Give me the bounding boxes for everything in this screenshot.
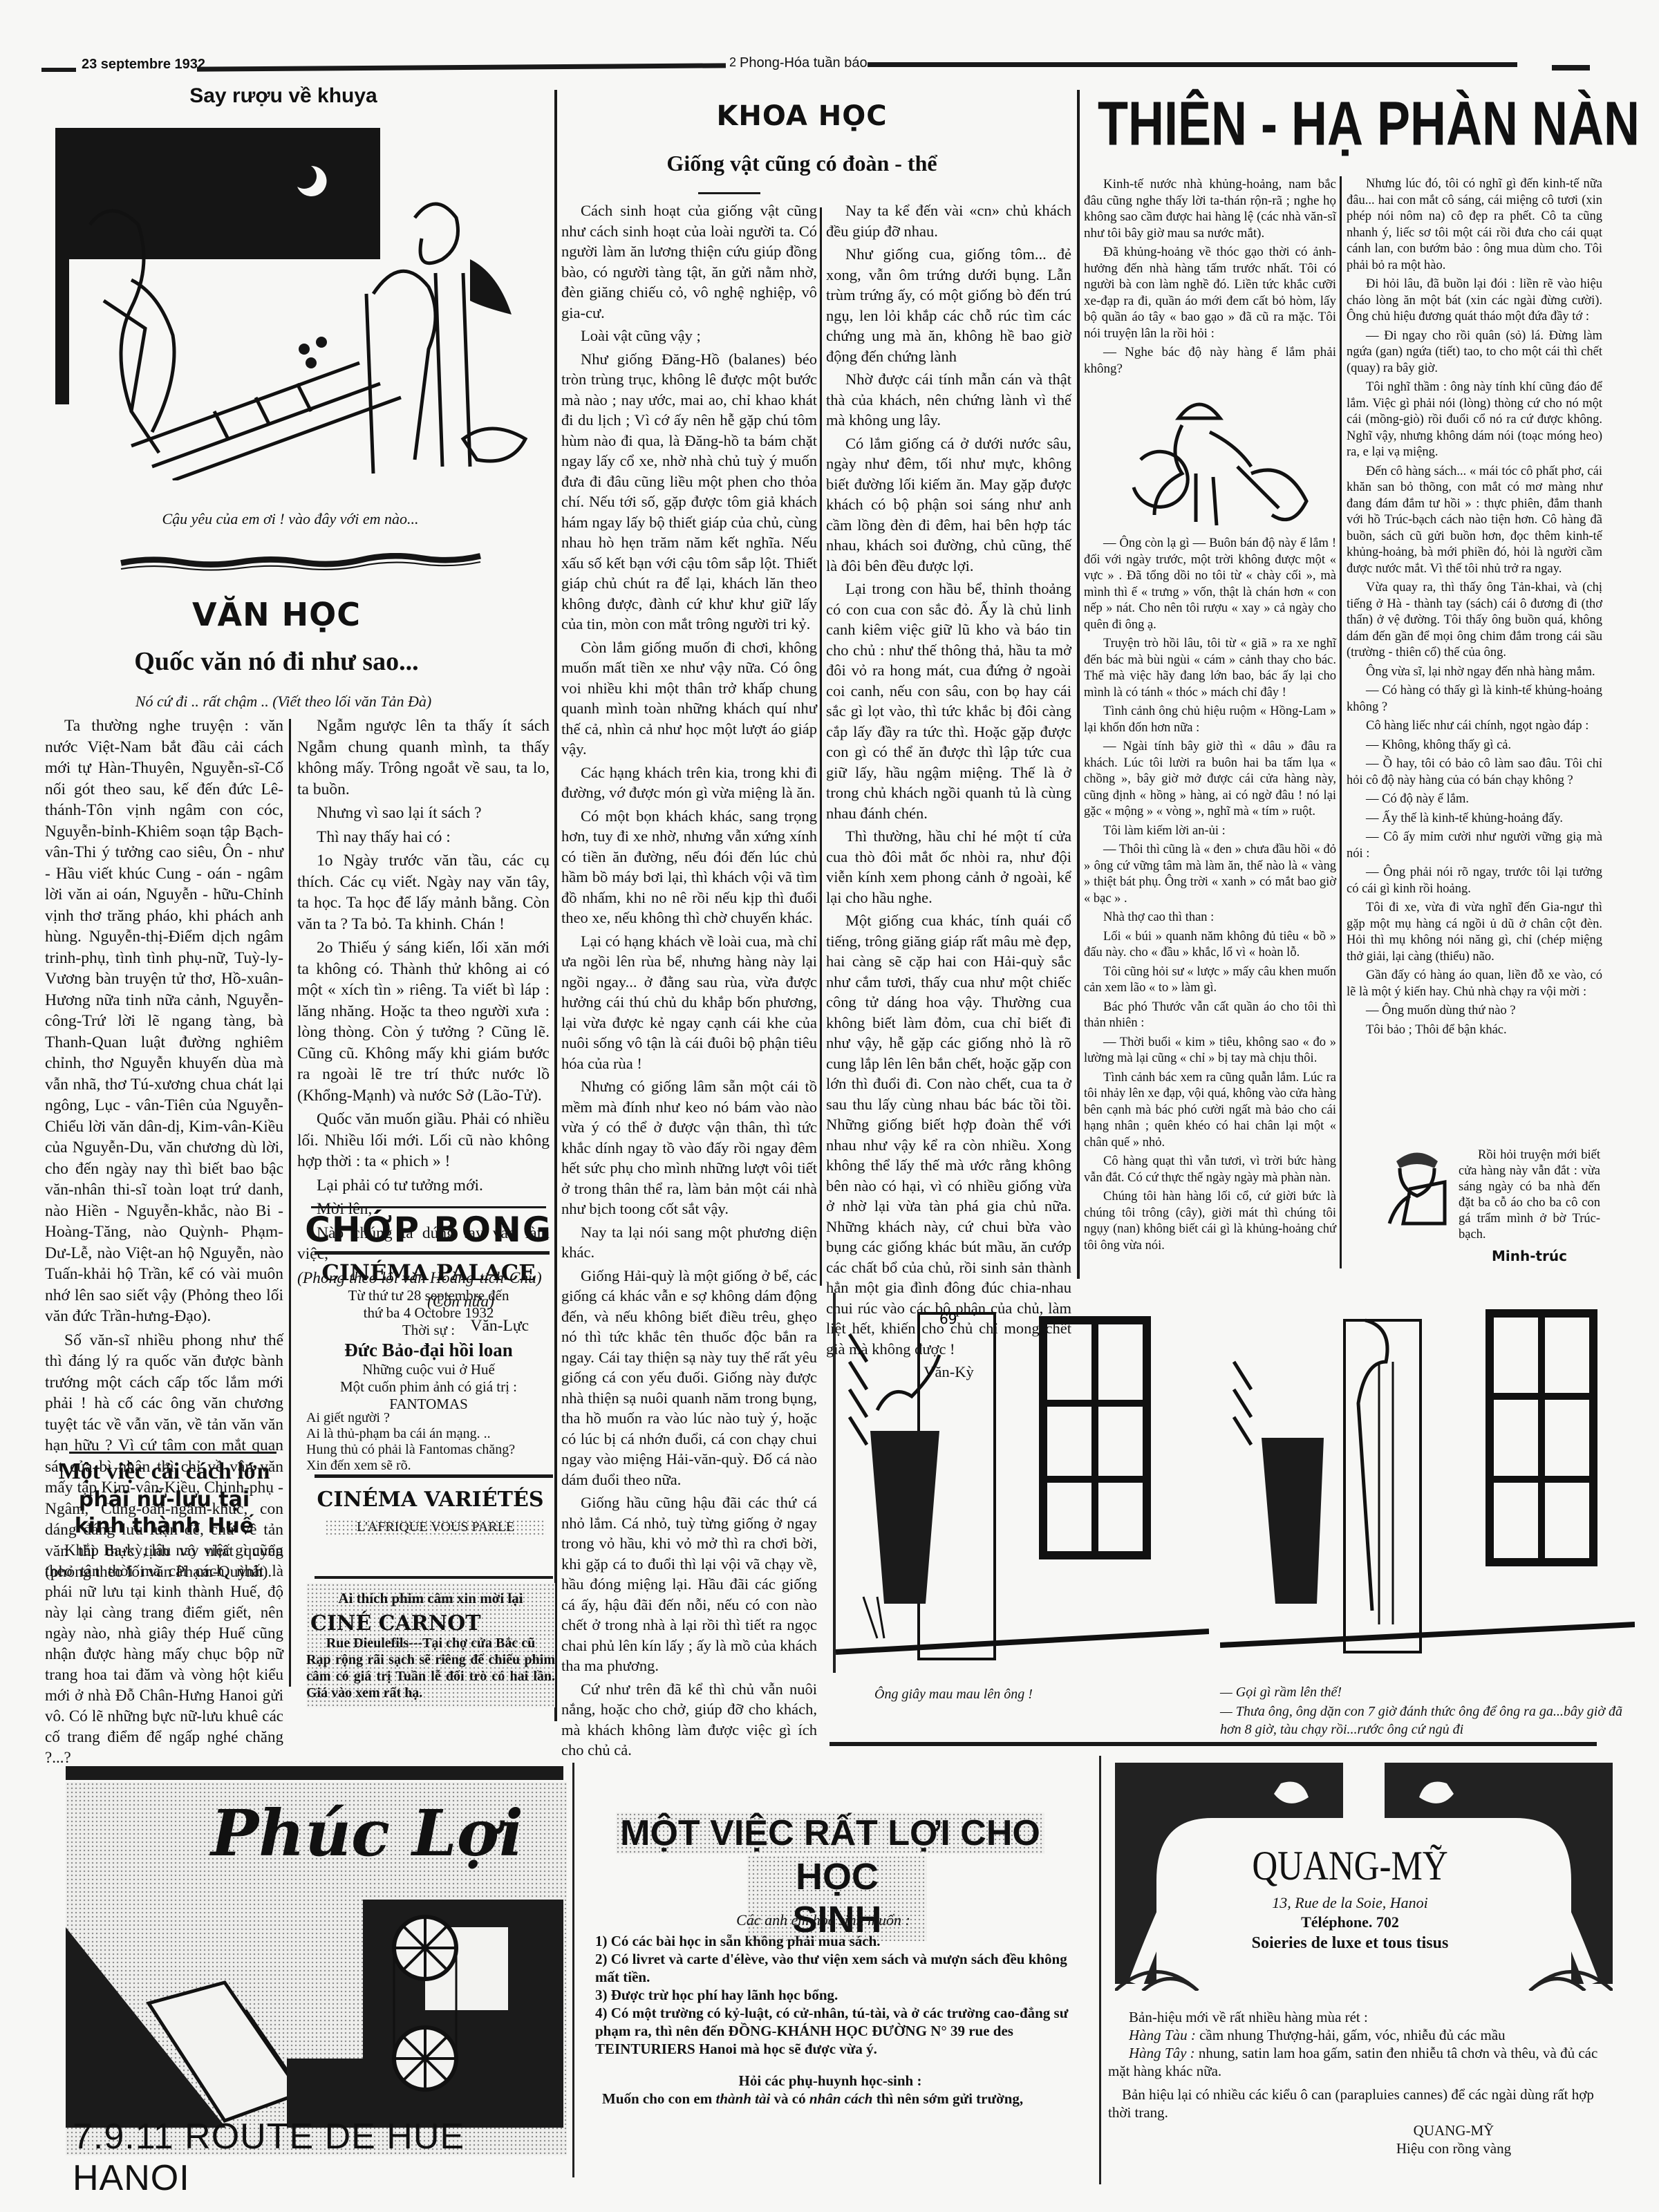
- label: Hàng Tây :: [1129, 2045, 1195, 2061]
- cartoon-caption-left: Ông giây mau mau lên ông !: [874, 1687, 1033, 1703]
- paragraph: — Ồ hay, tôi có bảo cô làm sao đâu. Tôi …: [1347, 756, 1602, 789]
- paragraph: — Không, không thấy gì cả.: [1347, 738, 1602, 754]
- hoc-sinh-intro: Các anh em học sinh muốn :: [574, 1911, 1072, 1929]
- paragraph: Đi hỏi lâu, đã buồn lại đói : liền rẽ và…: [1347, 276, 1602, 326]
- paragraph: Nhờ được cái tính mẫn cán và thật thà củ…: [826, 369, 1071, 431]
- masthead-date: 23 septembre 1932: [82, 57, 205, 73]
- list-item: 2) Có livret và carte d'élève, vào thư v…: [595, 1950, 1079, 1986]
- text: thành tài: [716, 2090, 771, 2107]
- hoc-sinh-list: 1) Có các bài học in sẵn không phải mua …: [595, 1932, 1079, 2058]
- paragraph: Tôi bảo ; Thôi để bận khác.: [1347, 1022, 1602, 1039]
- paragraph: — Thời buổi « kim » tiêu, không sao « đo…: [1084, 1035, 1336, 1067]
- quang-my-tagline: Soieries de luxe et tous tisus: [1184, 1934, 1516, 1953]
- column-divider-thien-ha: [1340, 176, 1342, 1268]
- text: và có: [774, 2090, 806, 2107]
- paragraph: Đã khủng-hoảng về thóc gạo thời có ảnh-h…: [1084, 244, 1336, 341]
- paragraph: Cô hàng liếc như cái chính, ngọt ngào đá…: [1347, 718, 1602, 735]
- cyclist-cartoon: [1113, 391, 1313, 529]
- text: thì nên sớm gửi trường,: [877, 2090, 1023, 2107]
- paragraph: Một giống cua khác, tính quái cổ tiếng, …: [826, 910, 1071, 1359]
- paragraph: Kinh-tế nước nhà khủng-hoảng, nam bắc đâ…: [1084, 176, 1336, 241]
- signature-sub: Hiệu con rồng vàng: [1371, 2139, 1537, 2157]
- value: cầm nhung Thượng-hải, gấm, vóc, nhiễu đủ…: [1199, 2027, 1506, 2043]
- quang-my-address: 13, Rue de la Soie, Hanoi: [1205, 1894, 1495, 1912]
- thien-ha-column-1: Kinh-tế nước nhà khủng-hoảng, nam bắc đâ…: [1084, 176, 1336, 379]
- teaser-line: Ai là thủ-phạm ba cái án mạng. ..: [306, 1426, 555, 1442]
- khoa-hoc-column-2: Nay ta kể đến vài «cn» chủ khách đều giú…: [826, 200, 1071, 1385]
- paragraph: Cô hàng quạt thì vẫn tươi, vì trời bức h…: [1084, 1154, 1336, 1186]
- film-intro: Một cuốn phim ảnh có giá trị :: [304, 1378, 553, 1396]
- paragraph: — Có độ này ế lắm.: [1347, 791, 1602, 808]
- masthead-rule-right: [868, 62, 1517, 67]
- thien-ha-column-2: Nhưng lúc đó, tôi có nghĩ gì đến kinh-tế…: [1347, 176, 1602, 1041]
- hang-tay: Hàng Tây : nhung, satin lam hoa gấm, sat…: [1108, 2044, 1620, 2080]
- quang-my-phone: Téléphone. 702: [1205, 1913, 1495, 1931]
- paragraph: Cách sinh hoạt của giống vật cũng như cá…: [561, 200, 817, 323]
- paragraph: Lại phải có tư tưởng mới.: [297, 1175, 550, 1197]
- thien-ha-section-title: THIÊN - HẠ PHÀN NÀN: [1085, 88, 1652, 160]
- phuc-loi-address: 7.9.11 ROUTE DE HUE HANOI: [73, 2116, 567, 2199]
- paragraph: — Ông muốn dùng thứ nào ?: [1347, 1003, 1602, 1020]
- paragraph: Nhưng có giống lâm sẵn một cái tồ mềm mà…: [561, 1076, 817, 1219]
- column-divider-1: [554, 90, 557, 1721]
- paragraph: Tôi làm kiếm lời an-ủi :: [1084, 823, 1336, 840]
- paragraph: Đến cô hàng sách... « mái tóc cô phất ph…: [1347, 464, 1602, 578]
- cyclist-drawing-icon: [1113, 391, 1313, 529]
- drunk-man-drawing-icon: [48, 121, 546, 480]
- masthead-rule-right-stub: [1552, 65, 1590, 71]
- paragraph: Rồi hỏi truyện mới biết cửa hàng này vẫn…: [1459, 1147, 1600, 1243]
- text: Muốn cho con em: [602, 2090, 712, 2107]
- divider: [69, 1452, 276, 1454]
- cai-cach-title-line-1: Một việc cải cách lớn: [45, 1459, 283, 1485]
- hoc-sinh-title-line-1: MỘT VIỆC RẤT LỢI CHO: [616, 1812, 1044, 1854]
- paragraph: Ta thường nghe truyện : văn nước Việt-Na…: [45, 715, 283, 1327]
- paragraph: — Thôi thì cũng là « đen » chưa đầu hồi …: [1084, 842, 1336, 907]
- phuc-loi-brand: Phúc Lợi: [211, 1796, 523, 1871]
- cartoon-drunk-illustration: [48, 121, 546, 480]
- cinema-palace-teaser: Ai giết người ? Ai là thủ-phạm ba cái án…: [306, 1410, 555, 1474]
- sewing-machine-drawing-icon: [66, 1900, 567, 2128]
- van-hoc-article-title: Quốc văn nó đi như sao...: [83, 646, 470, 677]
- cinema-varietes-name: CINÉMA VARIÉTÉS: [304, 1488, 556, 1512]
- column-divider-3: [289, 719, 291, 1687]
- cai-cach-title-line-2: phái nữ-lưu tại: [45, 1488, 283, 1512]
- woman-fan-drawing-icon: [1382, 1147, 1452, 1230]
- paragraph: Có lắm giống cá ở dưới nước sâu, ngày nh…: [826, 433, 1071, 577]
- cai-cach-title-line-3: kinh thành Huế: [45, 1514, 283, 1538]
- teaser-line: Ai giết người ?: [306, 1410, 555, 1426]
- paragraph: Tôi nghĩ thầm : ông này tính khí cũng đá…: [1347, 379, 1602, 461]
- khoa-hoc-column-1: Cách sinh hoạt của giống vật cũng như cá…: [561, 200, 817, 1763]
- divider: [698, 192, 760, 194]
- masthead-page-number: 2: [729, 55, 736, 70]
- divider: [829, 1742, 1597, 1746]
- man-in-pyjamas-drawing-icon: [1220, 1293, 1635, 1673]
- wave-pattern-icon: [1115, 1960, 1613, 1991]
- masthead-rule-left-stub: [41, 68, 76, 72]
- paragraph: Tôi cũng hỏi sư « lược » mấy câu khen mu…: [1084, 964, 1336, 997]
- cartoon-caption-right-1: — Gọi gì rầm lên thế!: [1220, 1685, 1342, 1700]
- paragraph: Nay ta lại nói sang một phương diện khác…: [561, 1222, 817, 1263]
- paragraph: 1o Ngày trước văn tầu, các cụ thích. Các…: [297, 850, 550, 935]
- paragraph: Nhưng vì sao lại ít sách ?: [297, 803, 550, 824]
- phuc-loi-top-bar: [66, 1766, 563, 1780]
- paragraph: Còn lắm giống muốn đi chơi, không muốn m…: [561, 637, 817, 760]
- hang-tau: Hàng Tàu : cầm nhung Thượng-hải, gấm, vó…: [1108, 2026, 1620, 2044]
- cinema-varietes-film: L'AFRIQUE VOUS PARLE: [325, 1519, 546, 1535]
- umbrellas: Bản hiệu lại có nhiều các kiểu ô can (pa…: [1108, 2086, 1620, 2121]
- paragraph: Nay ta kể đến vài «cn» chủ khách đều giú…: [826, 200, 1071, 241]
- paragraph: — Đi ngay cho rồi quân (sỏ) lá. Đừng làm…: [1347, 328, 1602, 377]
- paragraph: Ngẫm ngược lên ta thấy ít sách Ngẫm chun…: [297, 715, 550, 800]
- paragraph: Chúng tôi hàn hàng lối cổ, cứ giời bức l…: [1084, 1189, 1336, 1254]
- paragraph: Lối « búi » quanh năm không đủ tiêu « bồ…: [1084, 929, 1336, 962]
- paragraph: Tình cảnh bác xem ra cũng quẫn lắm. Lúc …: [1084, 1070, 1336, 1152]
- paragraph: Quốc văn muốn giầu. Phải có nhiều lối. N…: [297, 1109, 550, 1172]
- cartoon-caption: — Ông còn lạ gì — Buôn bán độ này ế lắm …: [1084, 536, 1336, 633]
- thien-ha-closing: Rồi hỏi truyện mới biết cửa hàng này vẫn…: [1459, 1147, 1600, 1267]
- paragraph: Có một bọn khách khác, sang trọng hơn, t…: [561, 806, 817, 928]
- thien-ha-column-1-cont: — Ông còn lạ gì — Buôn bán độ này ế lắm …: [1084, 536, 1336, 1257]
- feature-subtitle: Những cuộc vui ở Huế: [304, 1361, 553, 1378]
- phuc-loi-ad: Phúc Lợi 7.9.11 ROUTE DE HUE HANOI: [66, 1782, 567, 2155]
- news-label: Thời sự :: [304, 1322, 553, 1339]
- date-line-1: Từ thứ tư 28 septembre đến: [304, 1287, 553, 1304]
- wavy-divider-icon: [52, 553, 550, 571]
- knocking-at-door-drawing-icon: 69: [836, 1293, 1209, 1673]
- paragraph: Cứ như trên đã kể thì chủ vẫn nuôi nắng,…: [561, 1679, 817, 1761]
- paragraph: Truyện trò hồi lâu, tôi từ « giã » ra xe…: [1084, 636, 1336, 701]
- paragraph: Loài vật cũng vậy ;: [561, 326, 817, 346]
- paragraph: Thì nay thấy hai có :: [297, 827, 550, 848]
- paragraph: Lại có hạng khách về loài cua, mà chỉ ưa…: [561, 931, 817, 1074]
- van-hoc-column-1: Ta thường nghe truyện : văn nước Việt-Na…: [45, 715, 283, 1586]
- paragraph: Giống Hải-quỳ là một giống ở bể, các giố…: [561, 1266, 817, 1490]
- intro: Bản-hiệu mới về rất nhiều hàng mùa rét :: [1108, 2008, 1620, 2026]
- cartoon-title: Say rượu về khuya: [131, 84, 435, 108]
- paragraph: — Ngài tính bây giờ thì « dâu » đâu ra k…: [1084, 739, 1336, 821]
- van-hoc-subtitle: Nó cứ đi .. rất chậm .. (Viết theo lối v…: [83, 693, 484, 711]
- paragraph: — Ấy thế là kinh-tế khủng-hoảng đấy.: [1347, 811, 1602, 827]
- door-number: 69: [939, 1311, 957, 1327]
- cartoon-panel-1: 69: [833, 1293, 1209, 1673]
- hoc-sinh-ad: MỘT VIỆC RẤT LỢI CHO HỌC SINH Các anh em…: [572, 1763, 1089, 2177]
- paragraph: Thì thường, hầu chỉ hé một tí cửa cua th…: [826, 826, 1071, 908]
- feature-title: Đức Bảo-đại hồi loan: [304, 1339, 553, 1361]
- paragraph: Khắp Ba-kỳ, lâu nay việc gì cũng theo tâ…: [45, 1540, 283, 1768]
- carnot-name: CINÉ CARNOT: [310, 1611, 555, 1635]
- list-item: 3) Được trừ học phí hay lãnh học bổng.: [595, 1986, 1079, 2004]
- paragraph: — Có hàng có thấy gì là kinh-tế khủng-ho…: [1347, 683, 1602, 715]
- divider: [315, 1474, 553, 1478]
- paragraph: Vừa quay ra, thì thấy ông Tản-khai, và (…: [1347, 580, 1602, 662]
- masthead: 23 septembre 1932 2 Phong-Hóa tuần báo: [0, 55, 1659, 83]
- paragraph: 2o Thiếu ý sáng kiến, lối xăn mới ta khô…: [297, 937, 550, 1106]
- paragraph: Lại trong con hầu bể, thỉnh thoảng có co…: [826, 579, 1071, 823]
- cartoon-caption-right-2: — Thưa ông, ông dặn con 7 giờ đánh thức …: [1220, 1703, 1635, 1738]
- paragraph: Gần đấy có hàng áo quan, liền đỗ xe vào,…: [1347, 968, 1602, 1000]
- cartoon-panel-2: [1220, 1293, 1635, 1673]
- list-item: 1) Có các bài học in sẵn không phải mua …: [595, 1932, 1079, 1950]
- khoa-hoc-section-title: KHOA HỌC: [698, 100, 906, 132]
- masthead-rule-left: [197, 63, 726, 71]
- van-hoc-section-title: VĂN HỌC: [173, 596, 380, 633]
- paragraph: Như giống cua, giống tôm... đẻ xong, vẫn…: [826, 244, 1071, 366]
- paragraph: Tôi đi xe, vừa đi vừa nghĩ đến Gia-ngư t…: [1347, 900, 1602, 965]
- woman-with-fan-illustration: [1382, 1147, 1452, 1230]
- paragraph: Như giống Đăng-Hồ (balanes) béo tròn trù…: [561, 349, 817, 635]
- paragraph: Nhà thợ cao thì than :: [1084, 910, 1336, 926]
- cinema-palace-name: CINÉMA PALACE: [304, 1259, 553, 1286]
- quang-my-brand: QUANG-MỸ: [1227, 1842, 1474, 1890]
- signature: QUANG-MỸ: [1385, 2121, 1523, 2139]
- paragraph: Giống hầu cũng hậu đãi các thứ cá nhỏ lắ…: [561, 1492, 817, 1676]
- hoc-sinh-parents-body: Muốn cho con em thành tài và có nhân các…: [602, 2090, 1086, 2108]
- quang-my-body: Bản-hiệu mới về rất nhiều hàng mùa rét :…: [1108, 2008, 1620, 2157]
- divider: [315, 1251, 550, 1255]
- carnot-intro: Ai thích phim câm xin mời lại: [306, 1590, 555, 1607]
- paragraph: — Ông phải nói rõ ngay, trước tôi lại tư…: [1347, 865, 1602, 897]
- column-divider-khoa-hoc: [820, 207, 822, 1286]
- date-line-2: thứ ba 4 Octobre 1932: [304, 1304, 553, 1322]
- text: nhân cách: [809, 2090, 873, 2107]
- carnot-address: Rue Dieulefils---Tại chợ cửa Bắc cũ: [306, 1635, 555, 1651]
- divider: [315, 1576, 553, 1579]
- column-divider-2: [1077, 90, 1080, 1279]
- paragraph: — Cô ấy mỉm cười như người vững giạ mà n…: [1347, 829, 1602, 862]
- hoc-sinh-parents-heading: Hỏi các phụ-huynh học-sinh :: [699, 2072, 962, 2090]
- divider: [311, 1206, 546, 1208]
- paragraph: Nhưng lúc đó, tôi có nghĩ gì đến kinh-tế…: [1347, 176, 1602, 274]
- label: Hàng Tàu :: [1129, 2027, 1196, 2043]
- paragraph: Bác phó Thước vẫn cất quần áo cho tôi th…: [1084, 1000, 1336, 1032]
- paragraph: Các hạng khách trên kia, trong khi đi đư…: [561, 762, 817, 803]
- teaser-line: Hung thủ có phải là Fantomas chăng?: [306, 1442, 555, 1458]
- khoa-hoc-article-title: Giống vật cũng có đoàn - thể: [608, 151, 995, 176]
- quang-my-ad: QUANG-MỸ 13, Rue de la Soie, Hanoi Télép…: [1099, 1756, 1627, 2184]
- byline: Minh-trúc: [1459, 1248, 1600, 1264]
- teaser-line: Xin đến xem sẽ rõ.: [306, 1458, 555, 1474]
- paragraph: — Nghe bác độ này hàng ế lắm phải không?: [1084, 344, 1336, 377]
- chop-bong-heading: CHỚP BONG: [304, 1210, 553, 1250]
- carnot-body: Rạp rộng rãi sạch sẽ riêng để chiếu phim…: [306, 1651, 555, 1701]
- list-item: 4) Có một trường có kỷ-luật, có cử-nhân,…: [595, 2004, 1079, 2058]
- cartoon-caption: Cậu yêu của em ơi ! vào đây với em nào..…: [118, 510, 463, 528]
- paragraph: Tình cảnh ông chủ hiệu ruộm « Hồng-Lam »…: [1084, 704, 1336, 736]
- cai-cach-body: Khắp Ba-kỳ, lâu nay việc gì cũng theo tâ…: [45, 1540, 283, 1771]
- cartoon-strip: 69 Ông giây mau mau lên ông ! — Gọi gì r…: [833, 1293, 1659, 1680]
- paragraph: Ông vừa sĩ, lại nhờ ngay đến nhà hàng mắ…: [1347, 664, 1602, 681]
- masthead-paper-name: Phong-Hóa tuần báo: [740, 55, 868, 71]
- cine-carnot-ad: Ai thích phim câm xin mời lại CINÉ CARNO…: [306, 1583, 555, 1707]
- cinema-palace-details: Từ thứ tư 28 septembre đến thứ ba 4 Octo…: [304, 1287, 553, 1413]
